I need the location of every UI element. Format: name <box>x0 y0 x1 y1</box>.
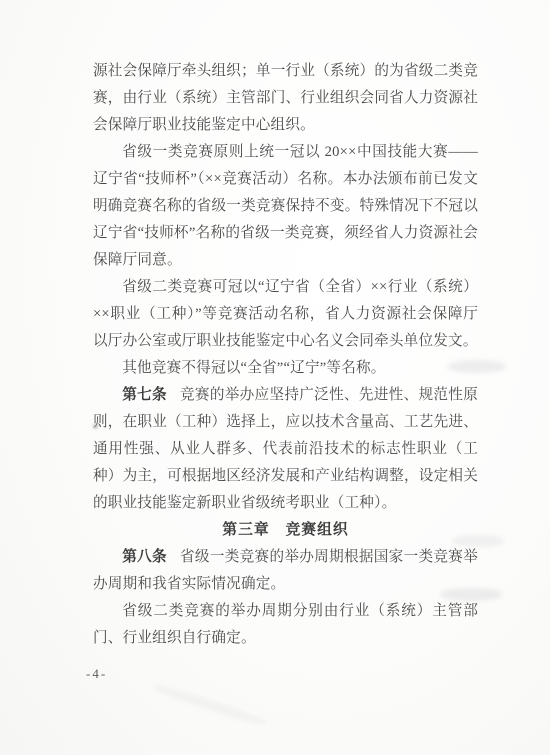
body-paragraph: 其他竞赛不得冠以“全省”“辽宁”等名称。 <box>93 355 478 382</box>
page-number: -4- <box>86 666 107 682</box>
article-paragraph-8: 第八条省级一类竞赛的举办周期根据国家一类竞赛举办周期和我省实际情况确定。 <box>93 544 478 598</box>
document-body: 源社会保障厅牵头组织；单一行业（系统）的为省级二类竞赛，由行业（系统）主管部门、… <box>93 58 478 652</box>
scan-streak <box>151 682 268 729</box>
scanned-document-page: 源社会保障厅牵头组织；单一行业（系统）的为省级二类竞赛，由行业（系统）主管部门、… <box>0 0 550 755</box>
paragraph-text: 竞赛的举办应坚持广泛性、先进性、规范性原则，在职业（工种）选择上，应以技术含量高… <box>93 387 478 511</box>
body-paragraph: 省级二类竞赛可冠以“辽宁省（全省）××行业（系统）××职业（工种）”等竞赛活动名… <box>93 274 478 355</box>
body-paragraph: 省级一类竞赛原则上统一冠以 20××中国技能大赛——辽宁省“技师杯”（××竞赛活… <box>93 139 478 274</box>
paragraph-text: 源社会保障厅牵头组织；单一行业（系统）的为省级二类竞赛，由行业（系统）主管部门、… <box>93 63 478 133</box>
paragraph-text: 省级一类竞赛原则上统一冠以 20××中国技能大赛——辽宁省“技师杯”（××竞赛活… <box>93 144 478 268</box>
body-paragraph: 省级二类竞赛的举办周期分别由行业（系统）主管部门、行业组织自行确定。 <box>93 598 478 652</box>
paragraph-text: 省级二类竞赛的举办周期分别由行业（系统）主管部门、行业组织自行确定。 <box>93 603 478 646</box>
article-paragraph-7: 第七条竞赛的举办应坚持广泛性、先进性、规范性原则，在职业（工种）选择上，应以技术… <box>93 382 478 517</box>
article-number: 第八条 <box>122 549 167 565</box>
article-number: 第七条 <box>122 387 167 403</box>
paragraph-text: 其他竞赛不得冠以“全省”“辽宁”等名称。 <box>122 360 385 376</box>
body-paragraph-continued: 源社会保障厅牵头组织；单一行业（系统）的为省级二类竞赛，由行业（系统）主管部门、… <box>93 58 478 139</box>
paragraph-text: 省级二类竞赛可冠以“辽宁省（全省）××行业（系统）××职业（工种）”等竞赛活动名… <box>93 279 478 349</box>
chapter-heading: 第三章 竞赛组织 <box>93 517 478 544</box>
